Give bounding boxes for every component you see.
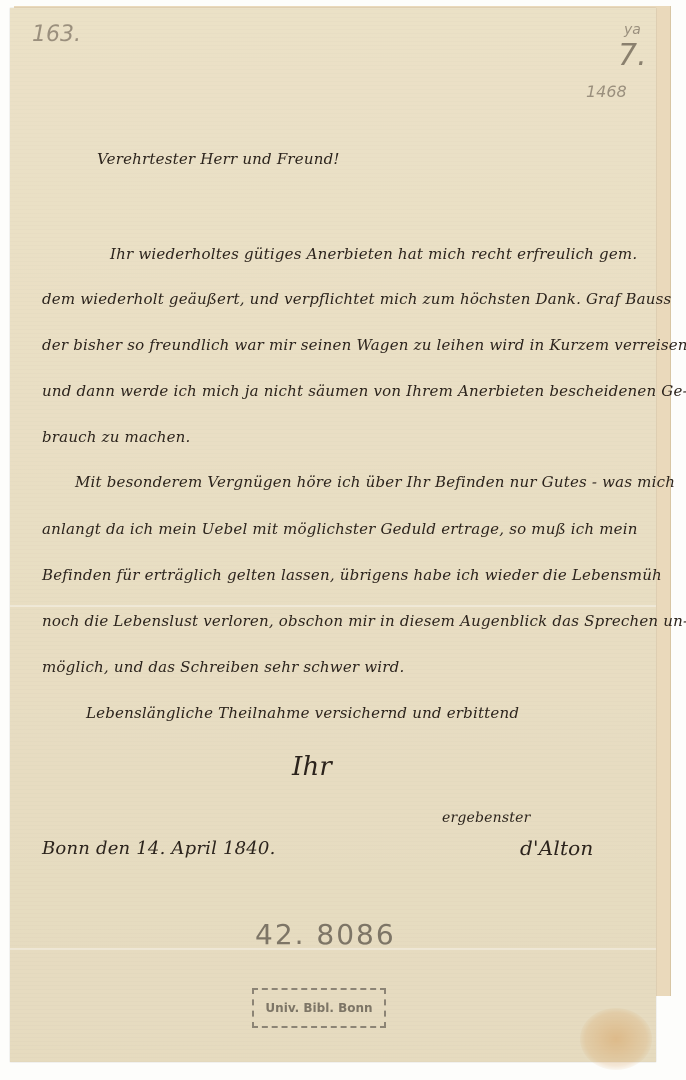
place-date: Bonn den 14. April 1840. <box>42 838 276 859</box>
closing-adjective: ergebenster <box>442 810 530 826</box>
letter-line: noch die Lebenslust verloren, obschon mi… <box>42 612 686 630</box>
salutation: Verehrtester Herr und Freund! <box>97 150 340 168</box>
fold-line <box>10 605 656 607</box>
letter-line: möglich, und das Schreiben sehr schwer w… <box>42 658 404 676</box>
closing-line: Lebenslängliche Theilnahme versichernd u… <box>86 704 519 722</box>
letter-line: Befinden für erträglich gelten lassen, ü… <box>42 566 662 584</box>
letter-line: der bisher so freundlich war mir seinen … <box>42 336 686 354</box>
library-stamp: Univ. Bibl. Bonn <box>252 988 386 1028</box>
folio-number: 163. <box>32 22 81 47</box>
stain <box>580 1008 652 1070</box>
catalog-number: 1468 <box>586 82 627 101</box>
top-right-superscript: ya <box>624 22 641 38</box>
letter-line: und dann werde ich mich ja nicht säumen … <box>42 382 686 400</box>
shelf-mark: 42. 8086 <box>255 918 396 951</box>
letter-line: anlangt da ich mein Uebel mit möglichste… <box>42 520 638 538</box>
closing-word: Ihr <box>292 752 332 782</box>
letter-line: dem wiederholt geäußert, und verpflichte… <box>42 290 671 308</box>
signature: d'Alton <box>520 836 594 860</box>
letter-line: Mit besonderem Vergnügen höre ich über I… <box>75 473 675 491</box>
letter-line: brauch zu machen. <box>42 428 190 446</box>
letter-line: Ihr wiederholtes gütiges Anerbieten hat … <box>110 245 637 263</box>
top-right-mark: 7. <box>618 38 647 73</box>
